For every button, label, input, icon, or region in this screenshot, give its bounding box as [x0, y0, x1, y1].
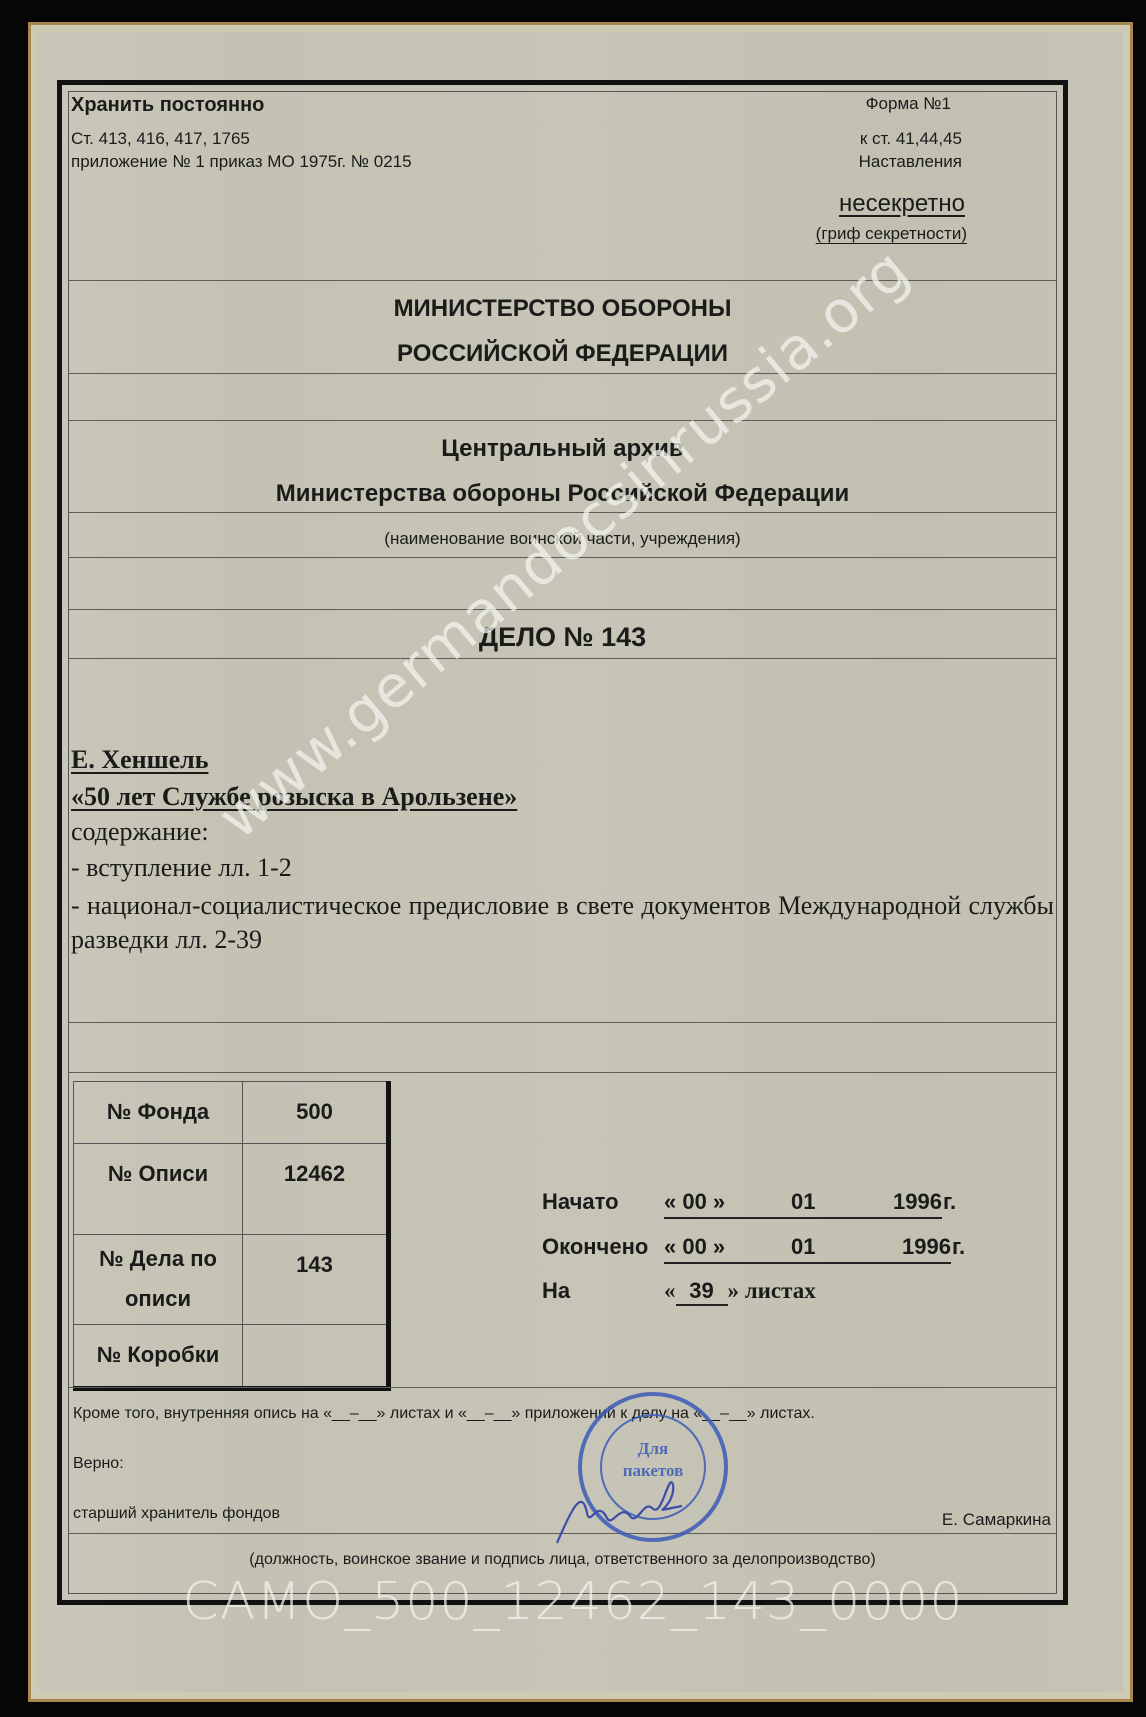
- fond-label: № Фонда: [74, 1082, 243, 1144]
- form-number: Форма №1: [866, 94, 951, 114]
- contents-label: содержание:: [71, 817, 209, 847]
- table-row: № Дела по описи 143: [74, 1234, 389, 1324]
- table-row: № Описи 12462: [74, 1143, 389, 1234]
- started-year: 1996: [893, 1189, 942, 1215]
- sheets-count-field: «39» листах: [664, 1278, 816, 1306]
- year-suffix: г.: [952, 1234, 965, 1260]
- table-row: № Коробки: [74, 1325, 389, 1389]
- divider: [68, 609, 1057, 610]
- ended-year: 1996: [902, 1234, 951, 1260]
- contents-item: - вступление лл. 1-2: [71, 853, 292, 883]
- started-day: « 00 »: [664, 1189, 725, 1215]
- box-value: [243, 1325, 389, 1389]
- started-month: 01: [791, 1189, 815, 1215]
- table-row: № Фонда 500: [74, 1082, 389, 1144]
- form-manual: Наставления: [859, 152, 962, 172]
- form-frame: Хранить постоянно Ст. 413, 416, 417, 176…: [57, 80, 1068, 1605]
- divider: [68, 373, 1057, 374]
- order-text: приложение № 1 приказ МО 1975г. № 0215: [71, 152, 412, 172]
- classification-caption: (гриф секретности): [816, 224, 967, 244]
- opis-label: № Описи: [74, 1143, 243, 1234]
- ministry-line-2: РОССИЙСКОЙ ФЕДЕРАЦИИ: [62, 340, 1063, 368]
- case-title: ДЕЛО № 143: [62, 622, 1063, 653]
- year-suffix: г.: [943, 1189, 956, 1215]
- position-label: старший хранитель фондов: [73, 1505, 280, 1523]
- ended-month: 01: [791, 1234, 815, 1260]
- divider: [68, 1022, 1057, 1023]
- quote-open: «: [664, 1278, 676, 1303]
- delo-value: 143: [243, 1234, 389, 1324]
- ended-label: Окончено: [542, 1234, 648, 1260]
- contents-item: - национал-социалистическое предисловие …: [71, 889, 1054, 957]
- fond-value: 500: [243, 1082, 389, 1144]
- opis-value: 12462: [243, 1143, 389, 1234]
- responsible-name: Е. Самаркина: [942, 1510, 1051, 1530]
- sheets-label: На: [542, 1278, 570, 1304]
- storage-label: Хранить постоянно: [71, 94, 264, 117]
- signature-caption: (должность, воинское звание и подпись ли…: [62, 1551, 1063, 1569]
- author: Е. Хеншель: [71, 745, 208, 775]
- divider: [68, 420, 1057, 421]
- divider: [68, 1072, 1057, 1073]
- form-articles: к ст. 41,44,45: [860, 129, 962, 149]
- started-label: Начато: [542, 1189, 619, 1215]
- verified-label: Верно:: [73, 1455, 124, 1473]
- classification-value: несекретно: [839, 190, 965, 218]
- quote-close-sheets: » листах: [728, 1278, 816, 1303]
- articles-text: Ст. 413, 416, 417, 1765: [71, 129, 250, 149]
- file-code-watermark: CAMO_500_12462_143_0000: [0, 1572, 1146, 1632]
- ended-date: « 00 » 01 1996: [664, 1234, 951, 1264]
- divider: [68, 1387, 1057, 1388]
- stamp-line-1: Для: [582, 1438, 724, 1460]
- archive-line-1: Центральный архив: [62, 435, 1063, 463]
- ministry-line-1: МИНИСТЕРСТВО ОБОРОНЫ: [62, 295, 1063, 323]
- started-date: « 00 » 01 1996: [664, 1189, 942, 1219]
- delo-label: № Дела по описи: [74, 1234, 243, 1324]
- sheets-count: 39: [676, 1278, 728, 1306]
- signature-icon: [552, 1478, 692, 1548]
- divider: [68, 658, 1057, 659]
- archive-ids-table: № Фонда 500 № Описи 12462 № Дела по опис…: [73, 1081, 391, 1391]
- stamp-text: Для пакетов: [582, 1438, 724, 1482]
- ended-day: « 00 »: [664, 1234, 725, 1260]
- box-label: № Коробки: [74, 1325, 243, 1389]
